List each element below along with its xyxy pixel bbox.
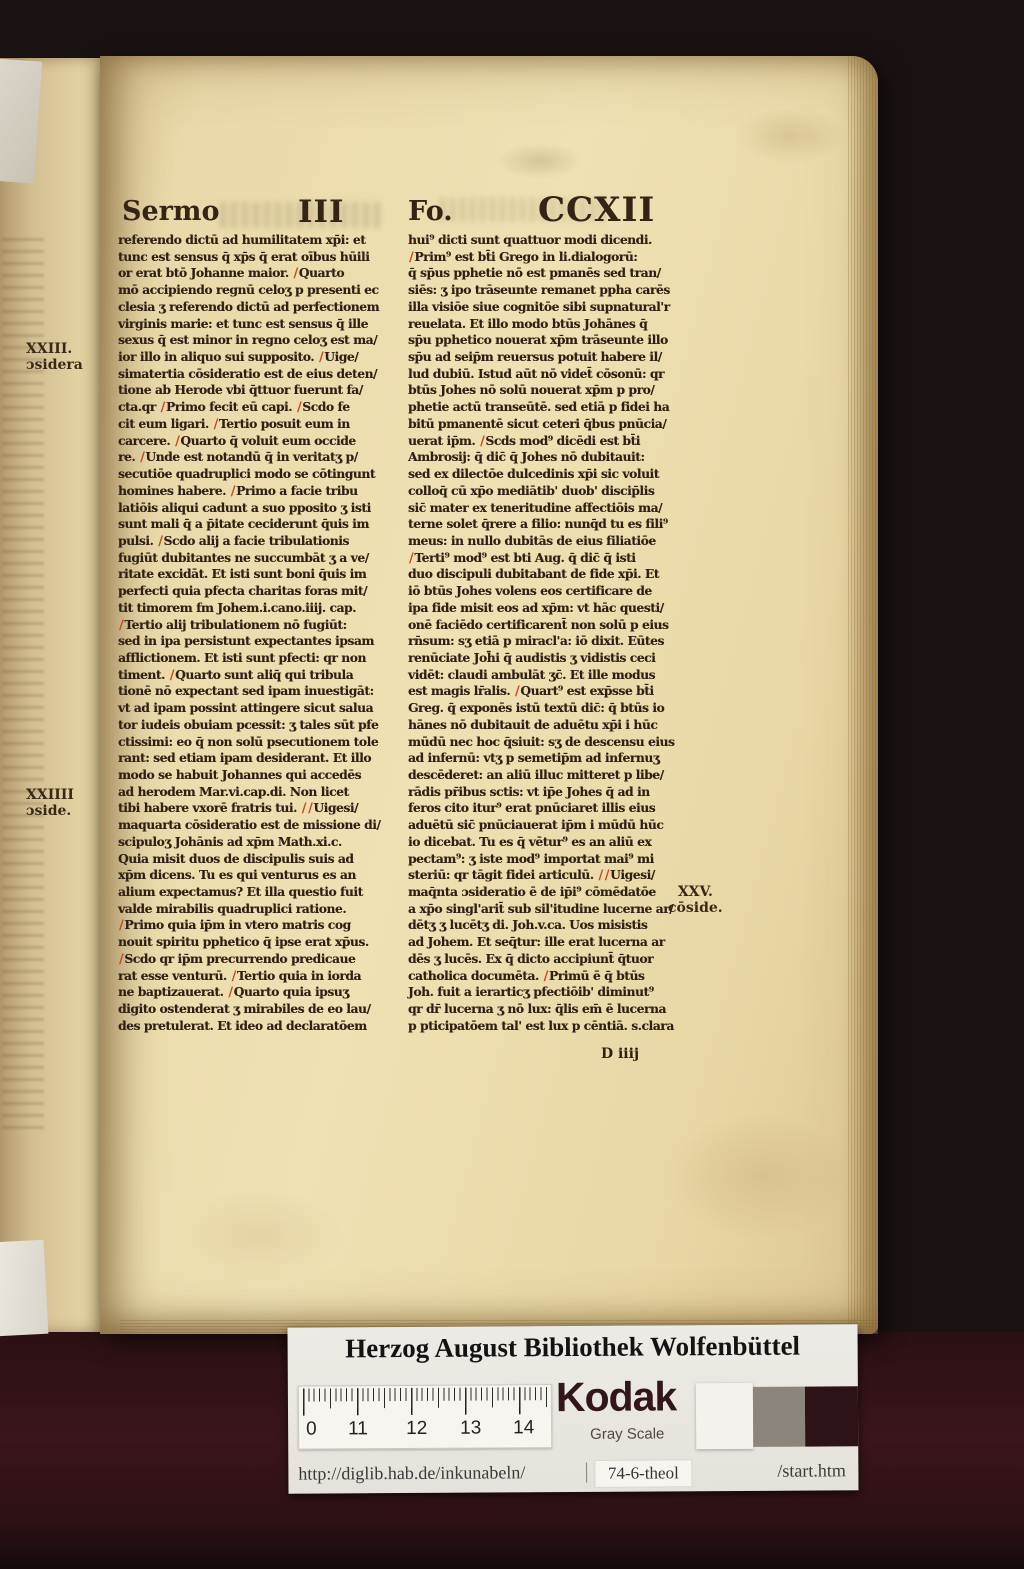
sermon-number: III	[298, 194, 345, 230]
text-line: sexus q̄ est minor in regno celoʒ est ma…	[118, 332, 410, 349]
text-line: Greg. q̄ exponēs istū textū dic̄: q̄ btū…	[408, 700, 700, 717]
margin-note-word: ɔside.	[26, 803, 74, 819]
text-line: renūciate Joh̄i q̄ audistis ʒ vidistis c…	[408, 650, 700, 667]
text-line: alium expectamus? Et illa questio fuit	[118, 884, 410, 901]
red-paragraph-mark: ∕	[175, 434, 179, 449]
text-line: mō accipiendo regnū celoʒ p presenti ec	[118, 282, 410, 299]
text-line: p pticipatōem tal' est lux p cēntiā. s.c…	[408, 1018, 700, 1035]
ruler-ticks	[303, 1387, 547, 1415]
quire-signature-mark: D iiij	[560, 1046, 680, 1062]
text-line: hānes nō dubitauit de aduētu xp̄i i hūc	[408, 717, 700, 734]
text-line: est magis lr̄alis. ∕Quart⁹ est exp̄sse b…	[408, 683, 700, 700]
red-paragraph-mark: ∕	[544, 969, 548, 984]
red-paragraph-mark: ∕	[161, 400, 165, 415]
text-line: phetie actū transeūtē. sed etiā p fidei …	[408, 399, 700, 416]
text-line: valde mirabilis quadruplici ratione.	[118, 901, 410, 918]
gray-scale-patch-dark	[805, 1386, 858, 1446]
red-paragraph-mark: ∕	[170, 668, 174, 683]
text-line: ad Johem. Et seq̄tur: ille erat lucerna …	[408, 934, 700, 951]
margin-note-word: cōside.	[668, 900, 723, 916]
text-line: dēs ʒ lucēs. Ex q̄ dicto accipiunt̄ q̄tu…	[408, 951, 700, 968]
library-title: Herzog August Bibliothek Wolfenbüttel	[288, 1330, 858, 1364]
library-footer-bar: Herzog August Bibliothek Wolfenbüttel 01…	[287, 1324, 858, 1493]
gray-scale-label: Gray Scale	[590, 1425, 664, 1442]
red-paragraph-mark: ∕	[302, 801, 306, 816]
text-line: ctissimi: eo q̄ non solū psecutionem tol…	[118, 734, 410, 751]
text-line: ior illo in aliquo sui supposito. ∕Uige/	[118, 349, 410, 366]
text-line: hui⁹ dicti sunt quattuor modi dicendi.	[408, 232, 700, 249]
text-line: referendo dictū ad humilitatem xp̄i: et	[118, 232, 410, 249]
previous-page-fore-edge	[0, 58, 108, 1332]
text-line: timent. ∕Quarto sunt aliq̄ qui tribula	[118, 667, 410, 684]
red-paragraph-mark: ∕	[119, 618, 123, 633]
text-line: sp̄u ad seip̄m reuersus potuit habere il…	[408, 349, 700, 366]
red-paragraph-mark: ∕	[308, 801, 312, 816]
text-line: pulsi. ∕Scdo alij a facie tribulationis	[118, 533, 410, 550]
text-line: ∕Tertio alij tribulationem nō fugiūt:	[118, 617, 410, 634]
text-line: catholica documēta. ∕Primū ē q̄ btūs	[408, 968, 700, 985]
text-line: uerat ip̄m. ∕Scds mod⁹ dicēdi est bt̄i	[408, 433, 700, 450]
red-paragraph-mark: ∕	[231, 484, 235, 499]
gray-scale-patch-white	[696, 1383, 753, 1449]
text-line: rant: sed etiam ipam desiderant. Et illo	[118, 750, 410, 767]
loose-page-corner-bottom	[0, 1240, 48, 1337]
text-line: sed ex dilectōe dulcedinis xp̄i sic volu…	[408, 466, 700, 483]
text-line: descēderet: an aliū illuc mitteret p lib…	[408, 767, 700, 784]
text-line: sic̄ mater ex teneritudine affectiōis ma…	[408, 500, 700, 517]
margin-note-xxiii: XXIII. ɔsidera	[26, 341, 83, 373]
text-line: simatertia cōsideratio est de eius deten…	[118, 366, 410, 383]
text-line: illa visiōe siue cognitōe sibi supnatura…	[408, 299, 700, 316]
folio-number: CCXII	[538, 190, 655, 230]
text-line: dētʒ ʒ lucētʒ di. Joh.v.ca. Uos misistis	[408, 917, 700, 934]
text-line: digito ostenderat ʒ mirabiles de eo lau/	[118, 1001, 410, 1018]
text-line: ad infernū: vtʒ p semetip̄m ad infernuʒ	[408, 750, 700, 767]
red-paragraph-mark: ∕	[140, 450, 144, 465]
text-line: reuelata. Et illo modo btūs Johānes q̄	[408, 316, 700, 333]
ruler-number: 12	[406, 1418, 427, 1440]
text-line: maq̄nta ɔsideratio ē de ip̄i⁹ cōmēdatōe	[408, 884, 700, 901]
text-line: tione ab Herode vbi q̄ttuor fuerunt fa/	[118, 382, 410, 399]
text-line: lud dubiū. Istud aūt nō videt̄ cōsonū: q…	[408, 366, 700, 383]
text-line: aduētū sic̄ pnūciauerat ip̄m i mūdū hūc	[408, 817, 700, 834]
text-line: tunc est sensus q̄ xp̄s q̄ erat oībus hū…	[118, 249, 410, 266]
text-line: maquarta cōsideratio est de missione di/	[118, 817, 410, 834]
red-paragraph-mark: ∕	[119, 952, 123, 967]
text-line: ∕Primo quia ip̄m in vtero matris cog	[118, 917, 410, 934]
text-line: sunt mali q̄ a p̄itate ceciderunt q̄uis …	[118, 516, 410, 533]
measurement-ruler: 011121314	[298, 1384, 552, 1450]
text-line: ∕Terti⁹ mod⁹ est bti Aug. q̄ dic̄ q̄ ist…	[408, 550, 700, 567]
text-line: btūs Johes nō solū nouerat xp̄m p pro/	[408, 382, 700, 399]
text-line: tor iudeis obuiam pcessit: ʒ tales sūt p…	[118, 717, 410, 734]
margin-note-number: XXIII.	[26, 341, 83, 357]
text-line: cit eum ligari. ∕Tertio posuit eum in	[118, 416, 410, 433]
text-line: bitū pmanentē sicut ceteri q̄bus pnūcia/	[408, 416, 700, 433]
text-line: a xp̄o singl'arit̄ sub sil'itudine lucer…	[408, 901, 700, 918]
ruler-number: 13	[460, 1418, 481, 1440]
text-line: carcere. ∕Quarto q̄ voluit eum occide	[118, 433, 410, 450]
text-line: latiōis aliqui cadunt a suo pposito ʒ is…	[118, 500, 410, 517]
text-line: re. ∕Unde est notandū q̄ in veritatʒ p/	[118, 449, 410, 466]
text-line: terne solet q̄rere a filio: nunq̄d tu es…	[408, 516, 700, 533]
text-line: secutiōe quadruplici modo se cōtingunt	[118, 466, 410, 483]
main-page: Sermo III Fo. CCXII referendo dictū ad h…	[100, 56, 878, 1334]
digital-library-url: http://diglib.hab.de/inkunabeln/	[298, 1462, 525, 1484]
text-line: ipa fide misit eos ad xp̄m: vt hāc quest…	[408, 600, 700, 617]
red-paragraph-mark: ∕	[319, 350, 323, 365]
red-paragraph-mark: ∕	[158, 534, 162, 549]
text-line: fugiūt dubitantes ne succumbāt ʒ a ve/	[118, 550, 410, 567]
text-line: nouit spiritu pphetico q̄ ipse erat xp̄u…	[118, 934, 410, 951]
text-line: onē faciēdo certificarent̄ non solū p ei…	[408, 617, 700, 634]
margin-note-xxv: XXV. cōside.	[668, 884, 723, 916]
margin-note-word: ɔsidera	[26, 357, 83, 373]
text-line: afflictionem. Et isti sunt pfecti: qr no…	[118, 650, 410, 667]
text-line: colloq̄ cū xp̄o mediātib' duob' discip̄l…	[408, 483, 700, 500]
text-line: Ambrosij: q̄ dic̄ q̄ Johes nō dubitauit:	[408, 449, 700, 466]
text-line: feros cito itur⁹ erat pnūciaret illis ei…	[408, 800, 700, 817]
text-line: duo discipuli dubitabant de fide xp̄i. E…	[408, 566, 700, 583]
text-line: or erat btō Johanne maior. ∕Quarto	[118, 265, 410, 282]
red-paragraph-mark: ∕	[515, 684, 519, 699]
text-line: steriū: qr tāgit fidei articulū. ∕∕Uiges…	[408, 867, 700, 884]
red-paragraph-mark: ∕	[598, 868, 602, 883]
ruler-number: 0	[306, 1419, 317, 1441]
text-line: xp̄m dicens. Tu es qui venturus es an	[118, 867, 410, 884]
text-line: ne baptizauerat. ∕Quarto quia ipsuʒ	[118, 984, 410, 1001]
red-paragraph-mark: ∕	[409, 250, 413, 265]
text-line: sp̄u pphetico nouerat xp̄m trāseunte ill…	[408, 332, 700, 349]
text-line: Quia misit duos de discipulis suis ad	[118, 851, 410, 868]
text-column-right: hui⁹ dicti sunt quattuor modi dicendi.∕P…	[408, 232, 700, 1035]
red-paragraph-mark: ∕	[409, 551, 413, 566]
text-line: siēs: ʒ ipo trāseunte remanet ppha carēs	[408, 282, 700, 299]
text-line: sed in ipa persistunt expectantes ipsam	[118, 633, 410, 650]
text-line: tionē nō expectant sed ipam inuestigāt:	[118, 683, 410, 700]
edge-ghost-text	[2, 238, 44, 1138]
footer-url-row: http://diglib.hab.de/inkunabeln/ | 74-6-…	[288, 1454, 858, 1491]
page-stack-fore-edge	[848, 56, 878, 1334]
text-line: vidēt: claudi ambulāt ʒc̄. Et ille modus	[408, 667, 700, 684]
ruler-number: 14	[513, 1417, 534, 1439]
red-paragraph-mark: ∕	[297, 400, 301, 415]
book-scan-photo: Sermo III Fo. CCXII referendo dictū ad h…	[0, 0, 1024, 1569]
gray-scale-patch-gray	[753, 1387, 805, 1447]
text-line: homines habere. ∕Primo a facie tribu	[118, 483, 410, 500]
shelfmark-label: 74-6-theol	[594, 1459, 692, 1488]
ruler-number: 11	[348, 1418, 368, 1440]
red-paragraph-mark: ∕	[119, 918, 123, 933]
text-line: modo se habuit Johannes qui accedēs	[118, 767, 410, 784]
text-line: rat esse venturū. ∕Tertio quia in iorda	[118, 968, 410, 985]
text-line: tibi habere vxorē fratris tui. ∕∕Uigesi/	[118, 800, 410, 817]
red-paragraph-mark: ∕	[232, 969, 236, 984]
folio-label: Fo.	[408, 196, 453, 227]
text-line: ad herodem Mar.vi.cap.di. Non licet	[118, 784, 410, 801]
text-line: qr dr̄ lucerna ʒ nō lux: q̄lis em̄ ē luc…	[408, 1001, 700, 1018]
text-line: perfecti quia pfecta charitas foras mit/	[118, 583, 410, 600]
text-line: mūdū nec hoc q̄siuit: sʒ de descensu eiu…	[408, 734, 700, 751]
text-line: ∕Prim⁹ est bt̄i Grego in li.dialogorū:	[408, 249, 700, 266]
red-paragraph-mark: ∕	[605, 868, 609, 883]
text-line: scipuloʒ Johānis ad xp̄m Math.xi.c.	[118, 834, 410, 851]
text-line: rādis pr̄ibus sctis: vt ip̄e Johes q̄ ad…	[408, 784, 700, 801]
text-line: meus: in nullo dubitās de eius filiatiōe	[408, 533, 700, 550]
red-paragraph-mark: ∕	[214, 417, 218, 432]
red-paragraph-mark: ∕	[228, 985, 232, 1000]
running-title-sermo: Sermo	[122, 196, 219, 227]
text-line: cta.qr ∕Primo fecit eū capi. ∕Scdo fe	[118, 399, 410, 416]
text-line: Joh. fuit a ierarticʒ pfectiōib' diminut…	[408, 984, 700, 1001]
text-line: virginis marie: et tunc est sensus q̄ il…	[118, 316, 410, 333]
margin-note-xxiiii: XXIIII ɔside.	[26, 787, 74, 819]
text-line: des pretulerat. Et ideo ad declaratōem	[118, 1018, 410, 1035]
text-line: rn̄sum: sʒ etiā p miracl'a: iō dixit. Eū…	[408, 633, 700, 650]
text-line: tit timorem fm Johem.i.cano.iiij. cap.	[118, 600, 410, 617]
start-page-path: /start.htm	[777, 1460, 846, 1481]
text-line: vt ad ipam possint attingere sicut salua	[118, 700, 410, 717]
margin-note-number: XXIIII	[26, 787, 74, 803]
text-line: ritate excidāt. Et isti sunt boni q̄uis …	[118, 566, 410, 583]
text-column-left: referendo dictū ad humilitatem xp̄i: ett…	[118, 232, 410, 1035]
text-line: q̄ sp̄us pphetie nō est pmanēs sed tran/	[408, 265, 700, 282]
text-line: clesia ʒ referendo dictū ad perfectionem	[118, 299, 410, 316]
margin-note-number: XXV.	[668, 884, 723, 900]
text-line: io dicebat. Tu es q̄ vētur⁹ es an aliū e…	[408, 834, 700, 851]
url-separator: |	[584, 1458, 589, 1484]
text-line: ∕Scdo qr ip̄m precurrendo predicaue	[118, 951, 410, 968]
text-line: pectam⁹: ʒ iste mod⁹ importat mai⁹ mi	[408, 851, 700, 868]
red-paragraph-mark: ∕	[293, 266, 297, 281]
text-line: iō btūs Johes volens eos certificare de	[408, 583, 700, 600]
red-paragraph-mark: ∕	[480, 434, 484, 449]
kodak-logo: Kodak	[556, 1373, 677, 1421]
